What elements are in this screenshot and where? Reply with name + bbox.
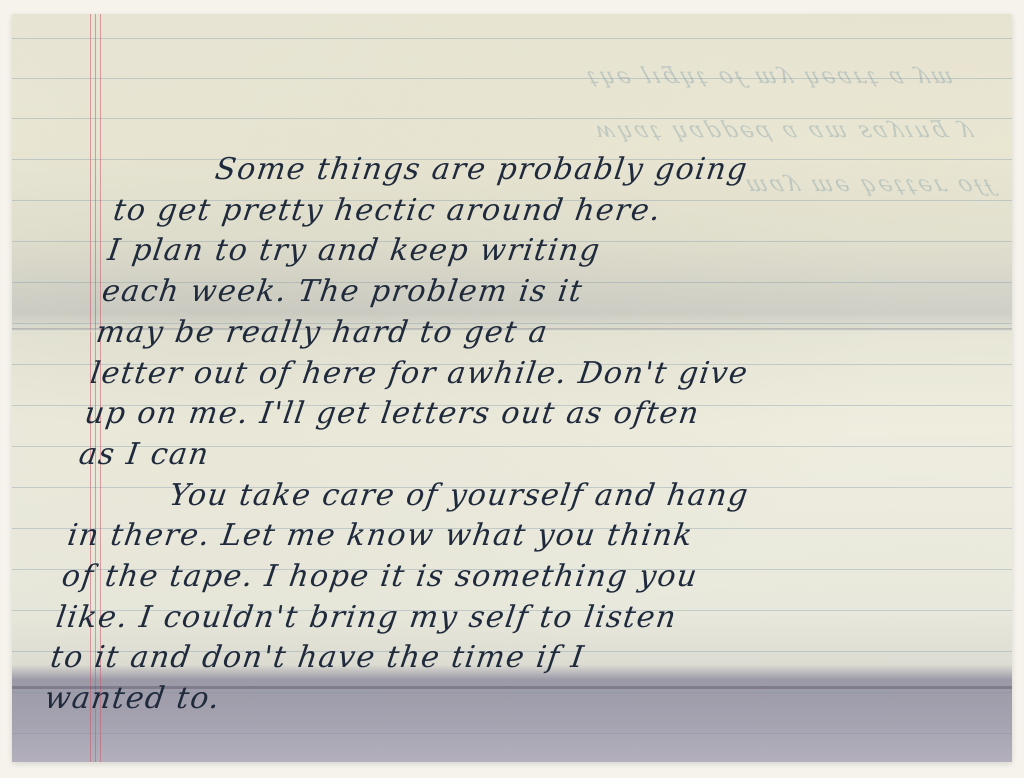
- letter-line: You take care of yourself and hang: [71, 476, 999, 517]
- rule-line: [12, 733, 1012, 734]
- rule-line: [12, 38, 1012, 39]
- letter-line: like. I couldn't bring my self to listen: [53, 598, 981, 639]
- letter-line: each week. The problem is it: [99, 272, 1024, 313]
- letter-line: wanted to.: [42, 679, 970, 720]
- letter-line: in there. Let me know what you think: [65, 516, 993, 557]
- rule-line: [12, 118, 1012, 119]
- letter-line: may be really hard to get a: [93, 313, 1021, 354]
- rule-line: [12, 78, 1012, 79]
- letter-line: letter out of here for awhile. Don't giv…: [88, 354, 1016, 395]
- letter-line: up on me. I'll get letters out as often: [82, 394, 1010, 435]
- letter-line: as I can: [76, 435, 1004, 476]
- letter-line: I plan to try and keep writing: [105, 231, 1024, 272]
- letter-line: Some things are probably going: [116, 150, 1024, 191]
- letter-line: of the tape. I hope it is something you: [59, 557, 987, 598]
- letter-line: to get pretty hectic around here.: [111, 191, 1024, 232]
- letter-body: Some things are probably going to get pr…: [42, 150, 1024, 720]
- letter-line: to it and don't have the time if I: [48, 638, 976, 679]
